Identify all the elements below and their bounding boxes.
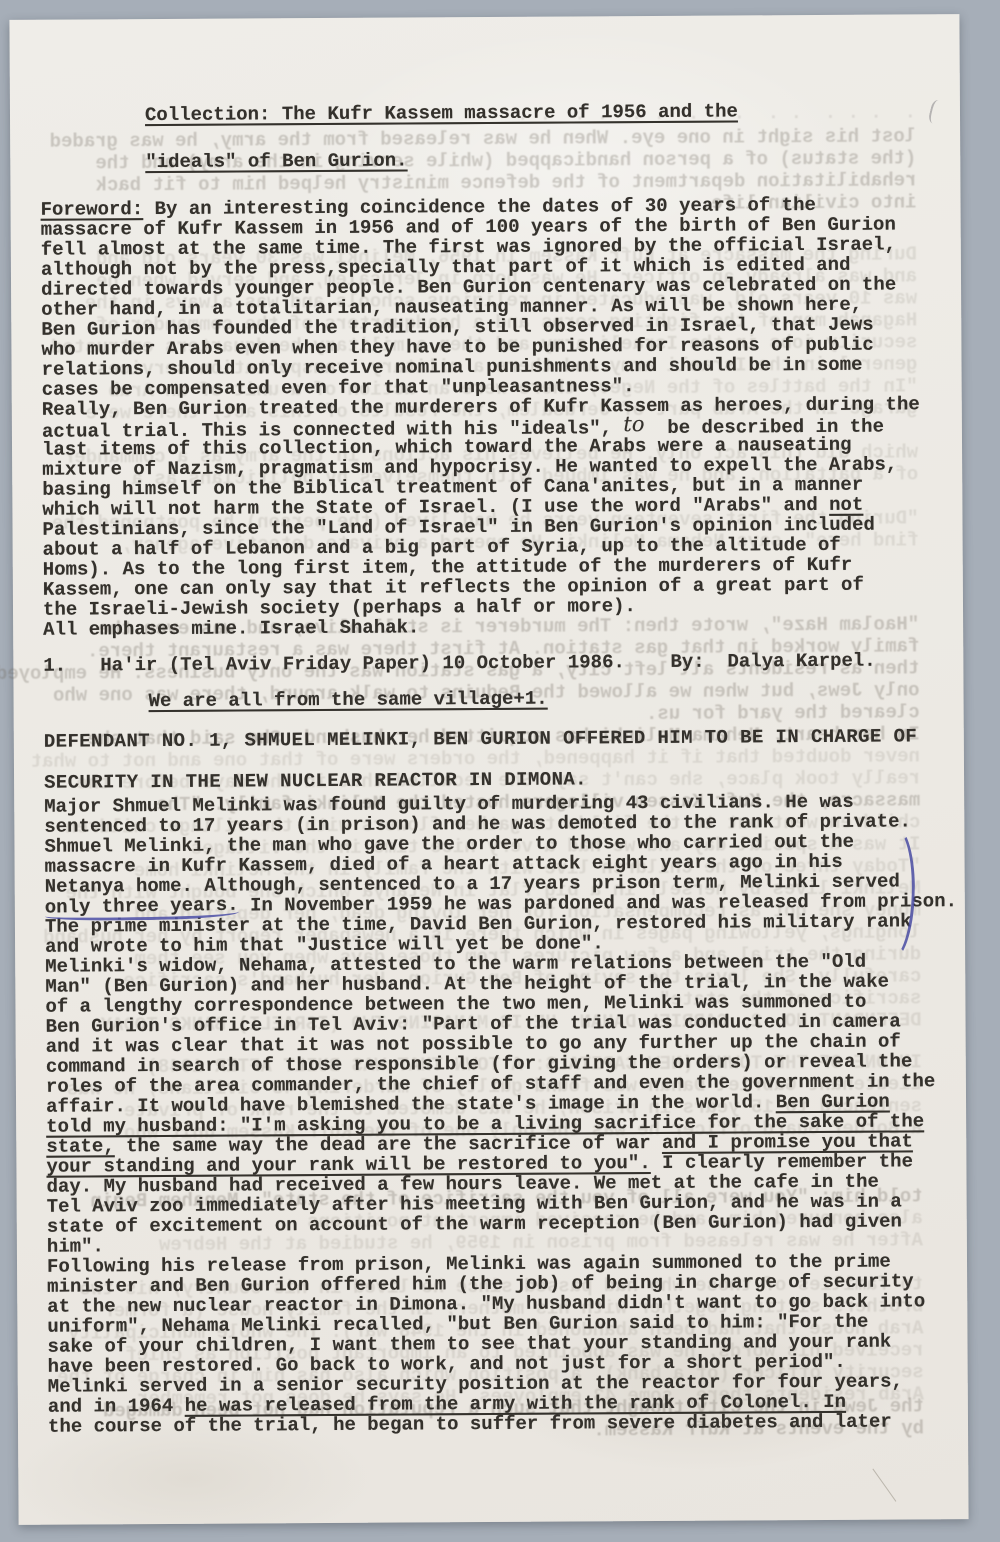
title-block: Collection: The Kufr Kassem massacre of … [145, 98, 940, 174]
underlined-text: Collection: The Kufr Kassem massacre of … [145, 100, 738, 126]
underlined-text: not [829, 494, 863, 516]
typed-line: SECURITY IN THE NEW NUCLEAR REACTOR IN D… [44, 767, 944, 792]
scan-background: · · · · · · · · · · · · · · ·lost his si… [0, 0, 1000, 1542]
text-segment: 1. Ha'ir (Tel Aviv Friday Paper) 10 Octo… [43, 650, 875, 677]
typed-line: All emphases mine. Israel Shahak. [43, 614, 943, 639]
typed-line: "ideals" of Ben Gurion. [145, 145, 940, 174]
text-segment: the course of the trial, he began to suf… [48, 1411, 892, 1438]
article-body: Major Shmuel Melinki was found guilty of… [44, 791, 948, 1436]
document-page: · · · · · · · · · · · · · · ·lost his si… [9, 14, 968, 1525]
typed-line: Collection: The Kufr Kassem massacre of … [145, 98, 940, 127]
handwritten-insertion: to [623, 412, 644, 436]
typed-line: the course of the trial, he began to suf… [48, 1411, 948, 1436]
defendant-heading: DEFENDANT NO. 1, SHMUEL MELINKI, BEN GUR… [44, 726, 944, 792]
text-segment: SECURITY IN THE NEW NUCLEAR REACTOR IN D… [44, 768, 587, 793]
underlined-text: state, [46, 1135, 115, 1157]
text-segment: DEFENDANT NO. 1, SHMUEL MELINKI, BEN GUR… [44, 725, 917, 752]
typed-line: 1. Ha'ir (Tel Aviv Friday Paper) 10 Octo… [43, 650, 943, 675]
typed-text-layer: Collection: The Kufr Kassem massacre of … [9, 14, 968, 1437]
article-subtitle: We are all from the same village+1. [149, 686, 944, 711]
underlined-text: "ideals" of Ben Gurion. [145, 149, 407, 173]
text-segment: him". [47, 1235, 104, 1257]
foreword: Foreword: By an interesting coincidence … [41, 194, 944, 639]
typed-line: We are all from the same village+1. [149, 686, 944, 711]
paper-crease [872, 1468, 896, 1501]
underlined-text: We are all from the same village+1. [149, 688, 548, 712]
item-heading: 1. Ha'ir (Tel Aviv Friday Paper) 10 Octo… [43, 650, 943, 675]
text-segment: All emphases mine. Israel Shahak. [43, 616, 419, 640]
typed-line: DEFENDANT NO. 1, SHMUEL MELINKI, BEN GUR… [44, 726, 944, 751]
typed-line: state of excitement on account of the wa… [47, 1211, 947, 1236]
